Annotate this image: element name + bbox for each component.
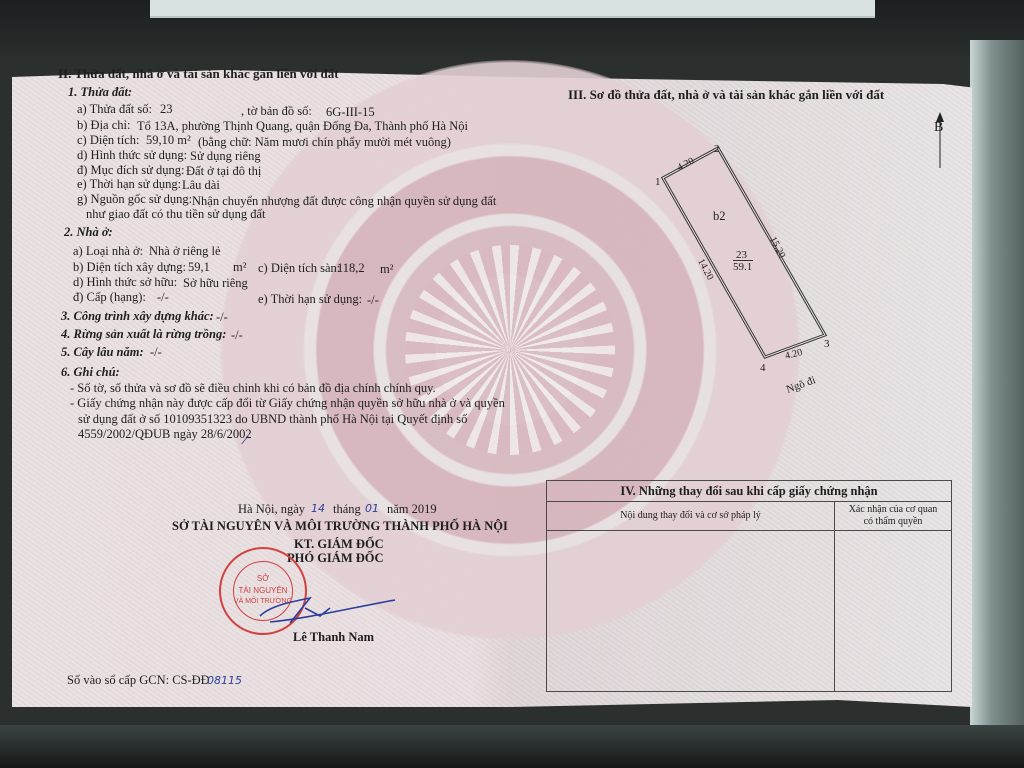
registry-number: 08115 (207, 673, 242, 688)
house-type-value: Nhà ở riêng lẻ (149, 244, 221, 259)
use-form-label: d) Hình thức sử dụng: (77, 148, 187, 163)
point-3: 3 (824, 337, 830, 352)
agency-name: SỞ TÀI NGUYÊN VÀ MÔI TRƯỜNG THÀNH PHỐ HÀ… (172, 519, 508, 534)
date-year: năm 2019 (387, 502, 437, 517)
house-type-label: a) Loại nhà ở: (73, 244, 143, 259)
map-label: , tờ bản đồ số: (241, 104, 312, 119)
ownership-label: d) Hình thức sở hữu: (73, 275, 177, 290)
land-heading: 1. Thửa đất: (68, 85, 132, 100)
notes-heading: 6. Ghi chú: (61, 365, 120, 380)
changes-table: IV. Những thay đổi sau khi cấp giấy chứn… (546, 480, 952, 692)
date-month-label: tháng (333, 502, 361, 517)
build-area-unit: m² (233, 260, 246, 275)
signer-name: Lê Thanh Nam (293, 630, 374, 645)
signature-scribble-icon (250, 578, 400, 628)
point-1: 1 (655, 175, 661, 190)
handwritten-mark: ⁄ (244, 433, 246, 448)
build-area-value: 59,1 (188, 260, 210, 275)
house-term-label: e) Thời hạn sử dụng: (258, 292, 362, 307)
area-label: c) Diện tích: (77, 133, 139, 148)
forest-value: -/- (231, 328, 243, 343)
house-heading: 2. Nhà ở: (64, 225, 113, 240)
date-prefix: Hà Nội, ngày (238, 502, 305, 517)
use-form-value: Sử dụng riêng (190, 149, 261, 164)
parcel-area: 59.1 (733, 260, 752, 275)
col-authority-confirmation: Xác nhận của cơ quan có thẩm quyền (835, 502, 951, 530)
parcel-label: a) Thửa đất số: (77, 102, 152, 117)
perennial-value: -/- (150, 345, 162, 360)
section2-title: II. Thửa đất, nhà ở và tài sản khác gắn … (58, 66, 339, 81)
forest-label: 4. Rừng sản xuất là rừng trồng: (61, 327, 226, 342)
grade-label: đ) Cấp (hạng): (73, 290, 146, 305)
background-right-edge (970, 40, 1024, 768)
address-label: b) Địa chỉ: (77, 118, 130, 133)
point-4: 4 (760, 361, 766, 376)
north-arrow-icon (933, 110, 947, 170)
other-construction-label: 3. Công trình xây dựng khác: (61, 309, 214, 324)
other-construction-value: -/- (216, 310, 228, 325)
registry-label: Số vào sổ cấp GCN: CS-ĐĐ (67, 673, 210, 688)
purpose-value: Đất ở tại đô thị (186, 164, 261, 179)
section4-title: IV. Những thay đổi sau khi cấp giấy chứn… (547, 481, 951, 502)
purpose-label: đ) Mục đích sử dụng: (77, 163, 184, 178)
area-words: (bằng chữ: Năm mươi chín phẩy mười mét v… (198, 135, 451, 150)
date-day: 14 (311, 501, 325, 516)
date-month: 01 (365, 501, 379, 516)
notes-line3: sử dụng đất ở số 10109351323 do UBND thà… (78, 412, 467, 427)
perennial-label: 5. Cây lâu năm: (61, 345, 144, 360)
floor-area-value: 118,2 (337, 261, 365, 276)
col-change-content: Nội dung thay đổi và cơ sở pháp lý (547, 502, 835, 530)
on-behalf: KT. GIÁM ĐỐC (294, 537, 384, 552)
grade-value: -/- (157, 290, 169, 305)
origin-label: g) Nguồn gốc sử dụng: (77, 192, 192, 207)
parcel-diagram (640, 135, 870, 405)
build-area-label: b) Diện tích xây dựng: (73, 260, 186, 275)
north-label: B (934, 120, 943, 135)
col2-line1: Xác nhận của cơ quan (835, 504, 951, 516)
map-value: 6G-III-15 (326, 105, 375, 120)
ownership-value: Sở hữu riêng (183, 276, 248, 291)
house-term-value: -/- (367, 293, 379, 308)
col2-line2: có thẩm quyền (835, 516, 951, 528)
notes-line2: - Giấy chứng nhận này được cấp đổi từ Gi… (70, 396, 505, 411)
background-paper-stack (150, 0, 875, 18)
notes-line4: 4559/2002/QĐUB ngày 28/6/2002 (78, 427, 252, 442)
term-value: Lâu dài (182, 178, 220, 193)
notes-line1: - Số tờ, số thửa và sơ đồ sẽ điều chỉnh … (70, 381, 436, 396)
floor-area-unit: m² (380, 262, 393, 277)
floor-area-label: c) Diện tích sàn: (258, 261, 340, 276)
area-value: 59,10 m² (146, 133, 191, 148)
change-content-cell (547, 531, 835, 691)
section3-title: III. Sơ đồ thửa đất, nhà ở và tài sản kh… (568, 87, 884, 102)
building-label: b2 (713, 209, 726, 224)
signer-position: PHÓ GIÁM ĐỐC (287, 551, 384, 566)
point-2: 2 (714, 142, 720, 157)
background-bottom (0, 725, 1024, 768)
authority-confirmation-cell (835, 531, 951, 691)
address-value: Tổ 13A, phường Thịnh Quang, quận Đống Đa… (137, 119, 468, 134)
parcel-value: 23 (160, 102, 173, 117)
term-label: e) Thời hạn sử dụng: (77, 177, 181, 192)
origin-value-line2: như giao đất có thu tiền sử dụng đất (86, 207, 266, 222)
